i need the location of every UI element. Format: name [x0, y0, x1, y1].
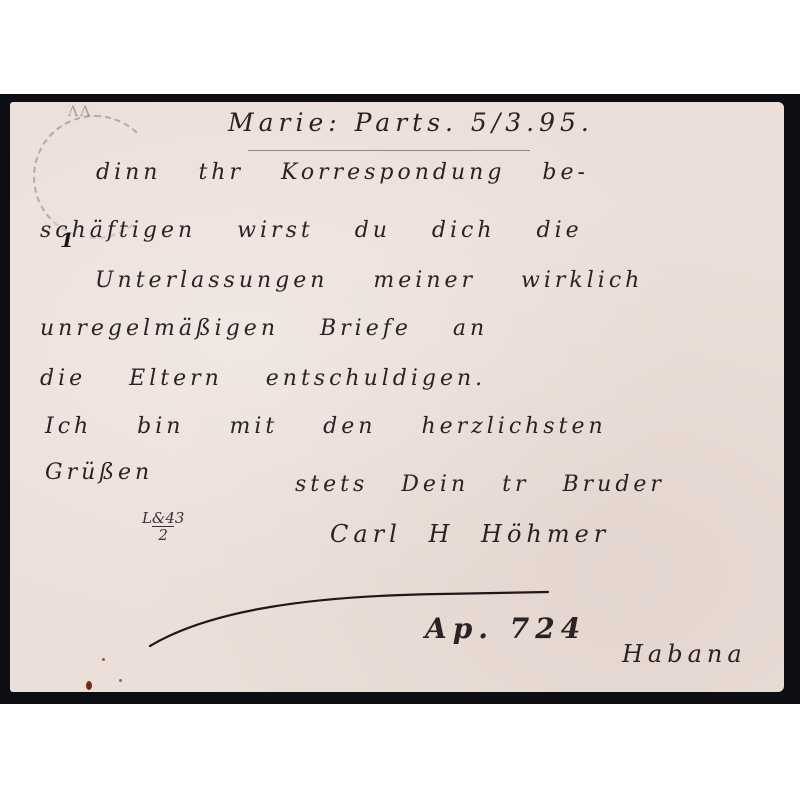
pencil-note: L&43 2 [142, 510, 184, 543]
body-line-4: unregelmäßigen Briefe an [40, 316, 488, 341]
body-line-2: schäftigen wirst du dich die [40, 218, 583, 243]
header-underline [248, 150, 530, 151]
body-line-3: Unterlassungen meiner wirklich [95, 268, 643, 293]
body-line-5: die Eltern entschuldigen. [40, 366, 486, 391]
body-line-6: Ich bin mit den herzlichsten [45, 414, 607, 439]
pencil-note-top: L&43 [142, 510, 184, 526]
body-line-7: Grüßen [45, 460, 153, 485]
postmark-text: ΛΛ [68, 104, 92, 120]
pencil-note-bottom: 2 [152, 526, 174, 543]
ink-stain [86, 681, 92, 690]
closing-line: stets Dein tr Bruder [295, 472, 665, 497]
body-line-1: dinn thr Korrespondung be- [96, 160, 589, 185]
address-line: Ap. 724 [425, 612, 586, 645]
place-date-header: Marie: Parts. 5/3.95. [228, 108, 594, 137]
ink-speck [102, 658, 105, 661]
signature: Carl H Höhmer [330, 520, 610, 548]
ink-speck [119, 679, 122, 682]
city-name: Habana [622, 640, 747, 668]
